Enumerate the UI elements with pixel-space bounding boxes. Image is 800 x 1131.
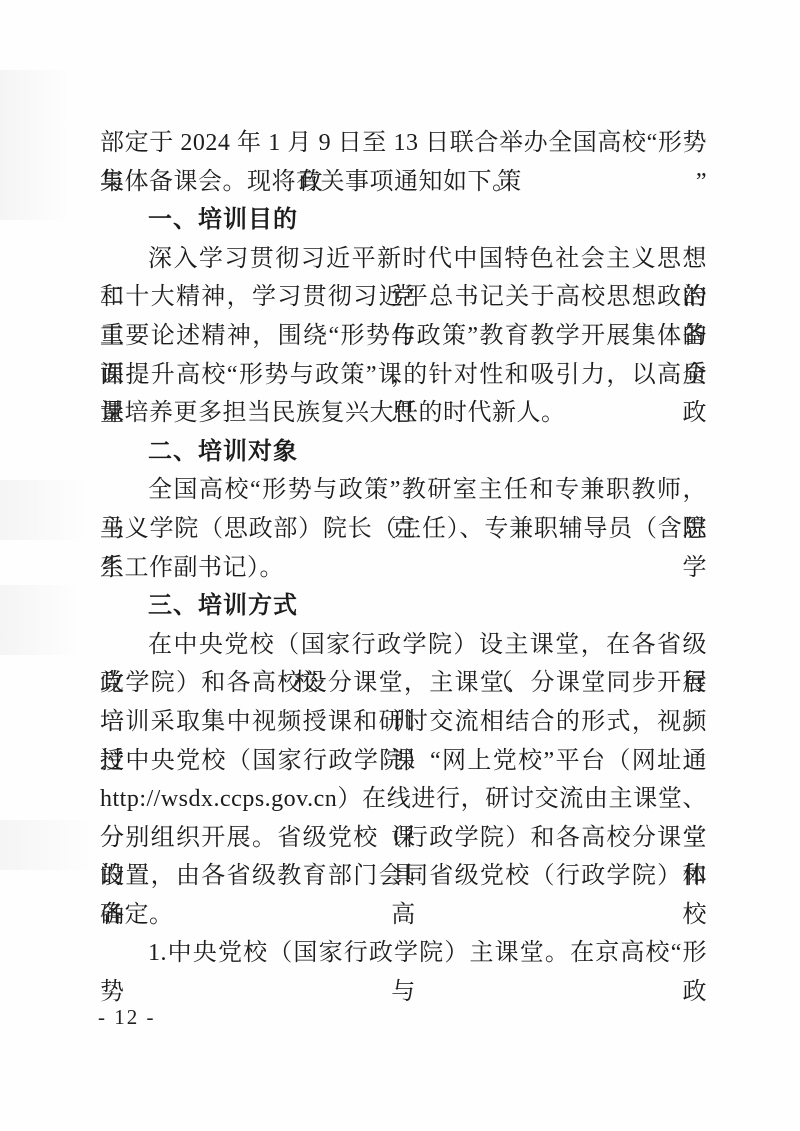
text-line: 培训采取集中视频授课和研讨交流相结合的形式，视频授课通 [100,703,707,742]
text-line: 重要论述精神，围绕“形势与政策”教育教学开展集体备课，全 [100,317,707,356]
text-line: 过中央党校（国家行政学院）“网上党校”平台（网址： [100,742,707,781]
text-line: 部定于 2024 年 1 月 9 日至 13 日联合举办全国高校“形势与政策” [100,124,707,163]
document-body: 部定于 2024 年 1 月 9 日至 13 日联合举办全国高校“形势与政策” … [100,124,707,973]
text-line: 二十大精神，学习贯彻习近平总书记关于高校思想政治工作的 [100,278,707,317]
scan-artifact [0,480,90,540]
text-line: 主义学院（思政部）院长（主任）、专兼职辅导员（含院系学 [100,510,707,549]
text-line: 在中央党校（国家行政学院）设主课堂，在各省级党校（行 [100,626,707,665]
section-heading-purpose: 一、培训目的 [100,201,707,240]
document-page: 部定于 2024 年 1 月 9 日至 13 日联合举办全国高校“形势与政策” … [0,0,800,1131]
scan-artifact [0,585,80,655]
text-line: 设置，由各省级教育部门会同省级党校（行政学院）和各高校 [100,857,707,896]
scan-artifact [0,70,70,220]
page-number: - 12 - [98,1002,156,1032]
scan-artifact [0,820,95,870]
section-heading-method: 三、培训方式 [100,587,707,626]
text-line: 面提升高校“形势与政策”课的针对性和吸引力，以高质量思政 [100,356,707,395]
text-line-url: http://wsdx.ccps.gov.cn）在线进行，研讨交流由主课堂、分课… [100,780,707,819]
text-line: 分别组织开展。省级党校（行政学院）和各高校分课堂的具体 [100,819,707,858]
text-line: 1.中央党校（国家行政学院）主课堂。在京高校“形势与政 [100,934,707,973]
text-line: 全国高校“形势与政策”教研室主任和专兼职教师，马克思 [100,471,707,510]
text-line: 政学院）和各高校设分课堂，主课堂、分课堂同步开展培训。 [100,664,707,703]
text-line: 深入学习贯彻习近平新时代中国特色社会主义思想和党的 [100,240,707,279]
section-heading-audience: 二、培训对象 [100,433,707,472]
